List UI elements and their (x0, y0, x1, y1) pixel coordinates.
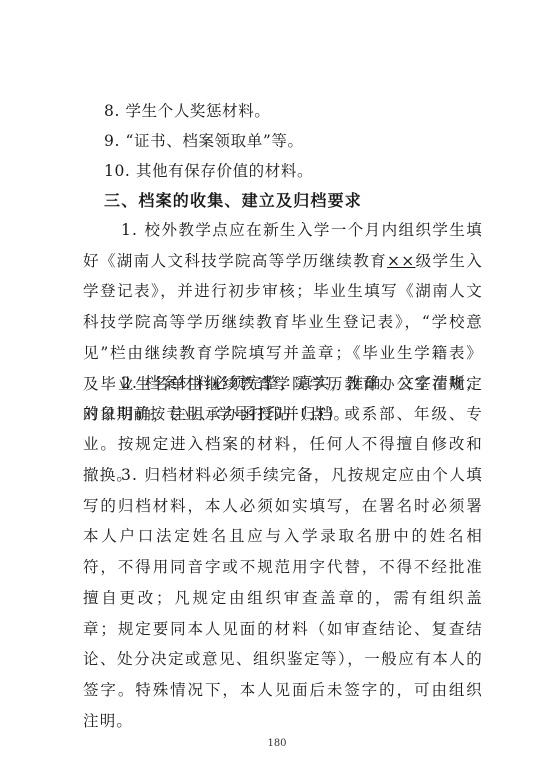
paragraph-3-text: 3. 归档材料必须手续完备，凡按规定应由个人填写的归档材料，本人必须如实填写，在… (83, 466, 483, 730)
paragraph-3: 3. 归档材料必须手续完备，凡按规定应由个人填写的归档材料，本人必须如实填写，在… (83, 460, 483, 736)
document-page: 8. 学生个人奖惩材料。 9. “证书、档案领取单”等。 10. 其他有保存价值… (0, 0, 554, 783)
list-item-10: 10. 其他有保存价值的材料。 (104, 161, 313, 181)
list-item-9: 9. “证书、档案领取单”等。 (104, 131, 304, 151)
section-heading: 三、档案的收集、建立及归档要求 (104, 191, 362, 211)
list-item-8: 8. 学生个人奖惩材料。 (104, 101, 270, 121)
underlined-placeholder: ×× (387, 252, 415, 270)
page-number: 180 (0, 738, 554, 749)
